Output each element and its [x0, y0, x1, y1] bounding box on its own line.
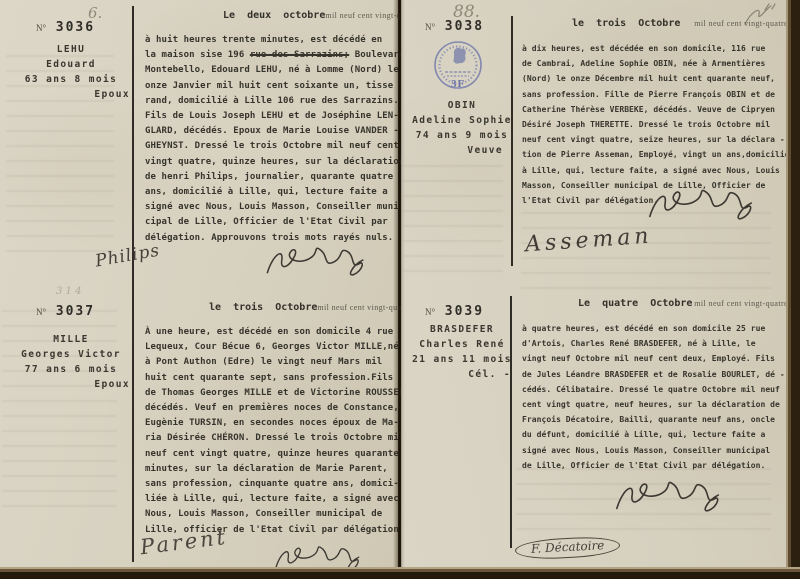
book-gutter-shadow	[393, 0, 405, 572]
bleedthrough-ghost	[6, 55, 114, 255]
record-text-line: onze Janvier mil huit cent soixante un, …	[145, 79, 397, 94]
act-body: le trois Octobre mil neuf cent vingt-qua…	[522, 18, 788, 208]
declarant-signature: Asseman	[524, 224, 653, 258]
register-page-right: N° 3038 88. 3F OBIN Adeline Sophie 74 an…	[401, 0, 786, 568]
record-text-line: signé avec Nous, Louis Masson, Conseille…	[145, 200, 397, 215]
act-body-text: à huit heures trente minutes, est décédé…	[145, 33, 397, 246]
record-text-line: signé avec Nous, Louis Masson, Conseille…	[522, 443, 788, 458]
printed-year-text: mil neuf cent vingt-quatre	[694, 19, 788, 28]
stamp-value: 3F	[451, 78, 465, 90]
act-date-heading: Le quatre Octobre	[578, 298, 692, 309]
deceased-surname: BRASDEFER	[405, 324, 519, 335]
record-text-line: à Lille, qui, lecture faite, a signé ave…	[522, 163, 788, 178]
record-text-line: de henri Philips, journalier, quarante q…	[145, 170, 397, 185]
record-text-line: neuf cent vingt quatre, seize heures, su…	[522, 132, 788, 147]
act-date-heading: Le deux octobre	[223, 10, 325, 21]
pencil-annotation: 3 1 4	[56, 286, 81, 297]
record-text-line: Nous, Louis Masson, Conseiller municipal…	[145, 507, 397, 522]
act-heading-line: Le quatre Octobre mil neuf cent vingt-qu…	[522, 298, 788, 309]
act-body-text: à quatre heures, est décédé en son domic…	[522, 321, 788, 473]
printed-year-text: mil neuf cent vingt-quatre	[694, 299, 788, 308]
record-text-line: décédés. Veuf en premières noces de Cons…	[145, 401, 397, 416]
margin-rule	[511, 16, 513, 266]
record-text-line: À une heure, est décédé en son domicile …	[145, 325, 397, 340]
record-text-line: neuf cent vingt quatre, quinze heures qu…	[145, 447, 397, 462]
record-text-line: Fils de Louis Joseph LEHU et de Joséphin…	[145, 109, 397, 124]
record-number: N° 3037	[36, 300, 95, 319]
record-text-line: de Thomas Georges MILLE et de Victorine …	[145, 386, 397, 401]
record-text-line: Catherine Thérèse VERBEKE, décédés. Veuv…	[522, 102, 788, 117]
record-text-line: ria Désirée CHÉRON. Dressé le trois Octo…	[145, 431, 397, 446]
record-text-line: liée à Lille, qui, lecture faite, a sign…	[145, 492, 397, 507]
record-text-line: minutes, sur la déclaration de Marie Par…	[145, 462, 397, 477]
record-text-line: ans, domicilié à Lille, qui, lecture fai…	[145, 185, 397, 200]
record-text-line: vingt quatre, quinze heures, sur la décl…	[145, 155, 397, 170]
record-number-value: 3036	[56, 20, 95, 35]
record-text-line: la maison sise 196 rue des Sarrazins; Bo…	[145, 48, 397, 63]
book-edge-bottom	[0, 567, 800, 579]
record-text-line: GLARD, décédés. Epoux de Marie Louise VA…	[145, 124, 397, 139]
deceased-status: Epoux	[10, 89, 130, 100]
act-body-text: À une heure, est décédé en son domicile …	[145, 325, 397, 538]
act-date-heading: le trois Octobre	[209, 302, 317, 313]
record-text-line: huit cent quarante sept, sans profession…	[145, 371, 397, 386]
record-text-line: François Décatoire, Bailli, quarante neu…	[522, 412, 788, 427]
act-body: le trois Octobre mil neuf cent vingt-qua…	[145, 302, 397, 538]
book-edge-right	[786, 0, 800, 579]
record-text-line: Lequeux, Cour Bécue 6, Georges Victor MI…	[145, 340, 397, 355]
pencil-annotation: 88.	[453, 2, 480, 22]
record-number-label: N°	[425, 22, 435, 32]
record-text-line: de Lille, Officier de l'Etat Civil par d…	[522, 458, 788, 473]
deceased-status: Veuve	[405, 145, 503, 156]
deceased-age: 63 ans 8 mois	[10, 74, 132, 85]
margin-rule	[510, 296, 512, 548]
officiant-paraphe-signature	[644, 182, 759, 226]
deceased-given-names: Georges Victor	[10, 349, 132, 360]
record-text-line: vingt neuf Octobre mil neuf cent deux, E…	[522, 351, 788, 366]
record-text-line: du défunt, domicilié à Lille, qui, lectu…	[522, 427, 788, 442]
record-text-line: cipal de Lille, Officier de l'Etat Civil…	[145, 215, 397, 230]
deceased-status: Cél. -	[405, 369, 511, 380]
declarant-signature: F. Décatoire	[515, 535, 621, 560]
margin-rule	[132, 300, 134, 562]
act-body: Le quatre Octobre mil neuf cent vingt-qu…	[522, 298, 788, 473]
record-text-line: sans profession, cinquante quatre ans, d…	[145, 477, 397, 492]
record-number-label: N°	[36, 307, 46, 317]
deceased-given-names: Edouard	[10, 59, 132, 70]
record-text-line: à dix heures, est décédée en son domicil…	[522, 41, 788, 56]
record-text-line: à huit heures trente minutes, est décédé…	[145, 33, 397, 48]
deceased-given-names: Adeline Sophie	[405, 115, 519, 126]
pencil-annotation: 6.	[88, 4, 102, 22]
revenue-stamp: 3F	[433, 38, 483, 98]
deceased-age: 74 ans 9 mois	[405, 130, 519, 141]
deceased-surname: OBIN	[405, 100, 519, 111]
record-number-value: 3039	[445, 304, 484, 319]
record-text-line: cédés. Célibataire. Dressé le quatre Oct…	[522, 382, 788, 397]
deceased-age: 77 ans 6 mois	[10, 364, 132, 375]
declarant-signature: Philips	[94, 240, 162, 271]
record-number-label: N°	[36, 23, 46, 33]
record-text-line: de Cambrai, Adeline Sophie OBIN, née à A…	[522, 56, 788, 71]
record-text-line: tion de Pierre Asseman, Employé, vingt u…	[522, 147, 788, 162]
record-text-line: Eugènie TURSIN, en secondes noces époux …	[145, 416, 397, 431]
record-text-line: d'Artois, Charles René BRASDEFER, né à L…	[522, 336, 788, 351]
record-text-line: (Nord) le onze Décembre mil huit cent qu…	[522, 71, 788, 86]
record-text-line: Montebello, Edouard LEHU, né à Lomme (No…	[145, 63, 397, 78]
register-page-left: N° 3036 6. LEHU Edouard 63 ans 8 mois Ep…	[0, 0, 398, 571]
record-text-line: de Jules Léandre BRASDEFER et de Rosalie…	[522, 367, 788, 382]
officiant-paraphe-signature	[262, 238, 370, 284]
officiant-paraphe-signature	[611, 474, 726, 518]
deceased-given-names: Charles René	[405, 339, 519, 350]
record-number: N° 3036	[36, 16, 95, 35]
record-text-line: sans profession. Fille de Pierre Françoi…	[522, 87, 788, 102]
deceased-surname: LEHU	[10, 44, 132, 55]
record-text-line: GHEYNST. Dressé le trois Octobre mil neu…	[145, 139, 397, 154]
record-number-label: N°	[425, 307, 435, 317]
act-body: Le deux octobre mil neuf cent vingt-quat…	[145, 10, 397, 246]
act-heading-line: le trois Octobre mil neuf cent vingt-qua…	[522, 18, 788, 29]
line-text: la maison sise 196	[145, 50, 250, 60]
deceased-age: 21 ans 11 mois	[405, 354, 519, 365]
record-text-line: à quatre heures, est décédé en son domic…	[522, 321, 788, 336]
record-number-value: 3037	[56, 304, 95, 319]
deceased-surname: MILLE	[10, 334, 132, 345]
act-date-heading: le trois Octobre	[572, 18, 680, 29]
act-heading-line: Le deux octobre mil neuf cent vingt-quat…	[145, 10, 397, 21]
record-text-line: à Pont Authon (Edre) le vingt neuf Mars …	[145, 355, 397, 370]
record-text-line: Désiré Joseph THERETTE. Dressé le trois …	[522, 117, 788, 132]
act-heading-line: le trois Octobre mil neuf cent vingt-qua…	[145, 302, 397, 313]
bleedthrough-ghost	[403, 165, 503, 275]
record-text-line: rand, domicilié à Lille 106 rue des Sarr…	[145, 94, 397, 109]
struck-text: rue des Sarrazins;	[250, 50, 349, 60]
record-text-line: cent vingt quatre, neuf heures, sur la d…	[522, 397, 788, 412]
record-number: N° 3039	[425, 300, 484, 319]
deceased-status: Epoux	[10, 379, 130, 390]
